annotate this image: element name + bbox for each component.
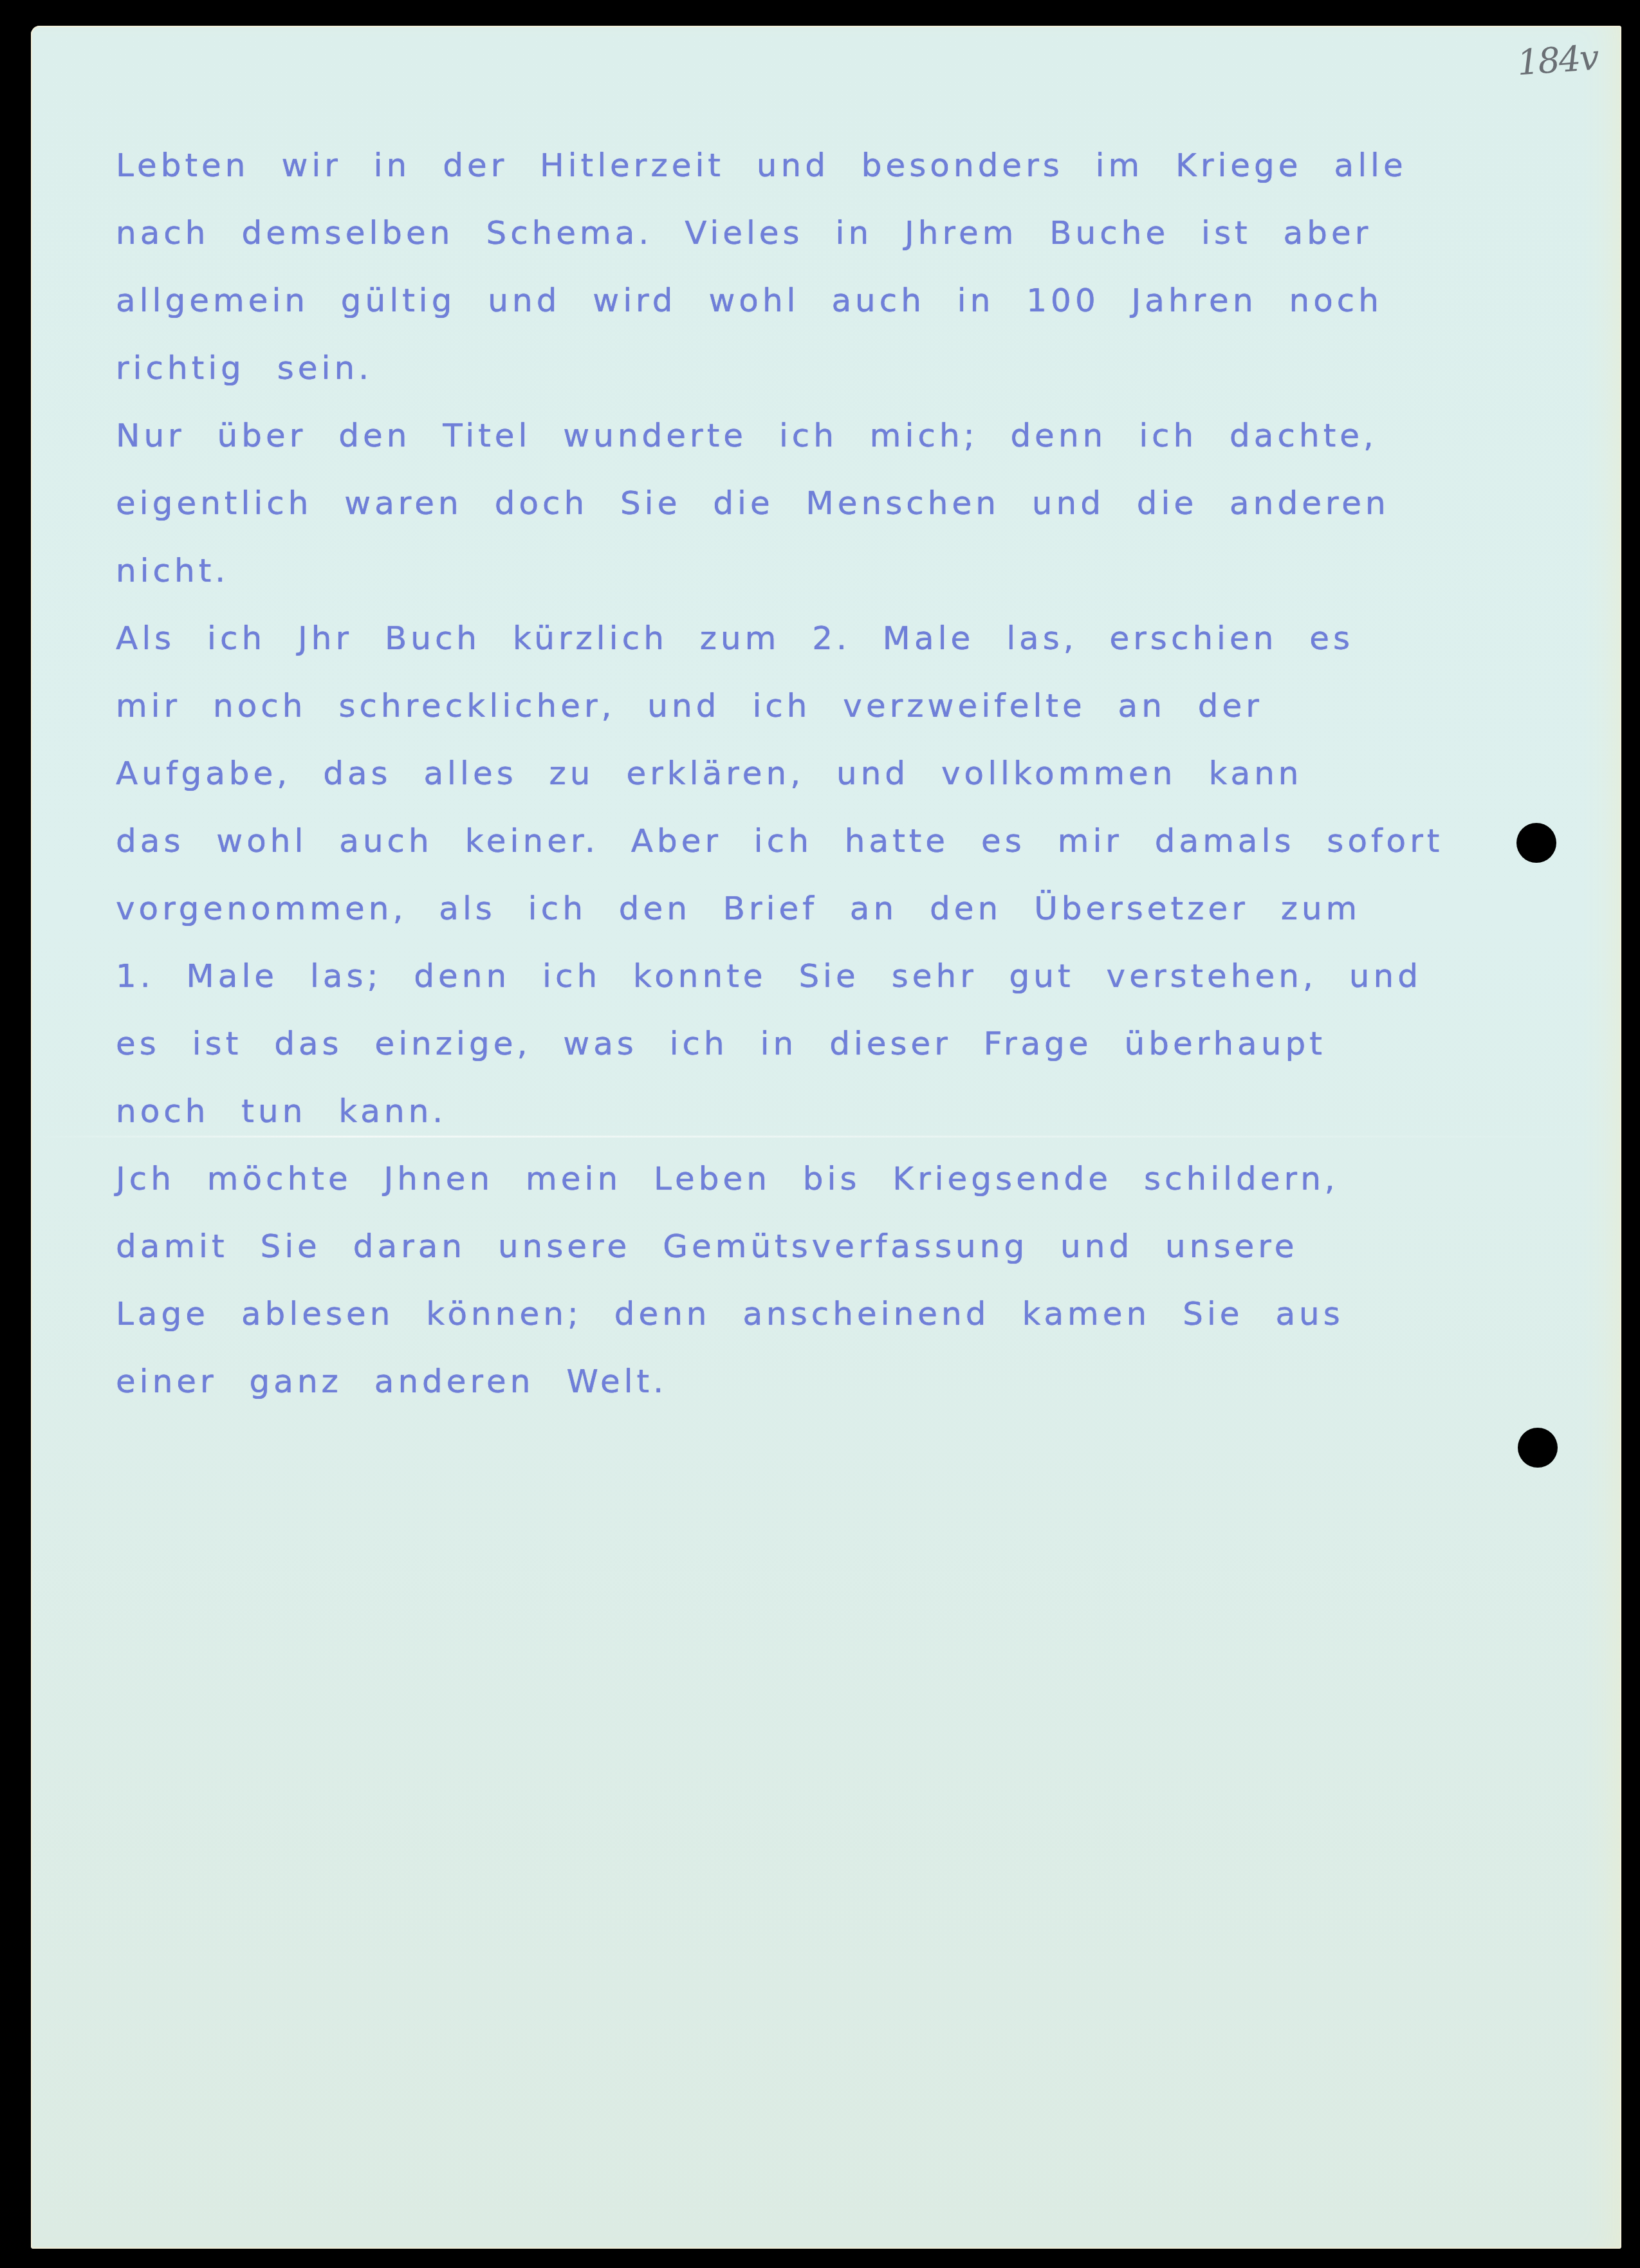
letter-line: Als ich Jhr Buch kürzlich zum 2. Male la… [116,605,1570,672]
letter-line: nach demselben Schema. Vieles in Jhrem B… [116,199,1570,267]
letter-line: eigentlich waren doch Sie die Menschen u… [116,470,1570,537]
archive-page-number: 184v [1516,37,1599,84]
letter-line: richtig sein. [116,335,1570,402]
letter-line: damit Sie daran unsere Gemütsverfassung … [116,1213,1570,1280]
letter-line: mir noch schrecklicher, und ich verzweif… [116,672,1570,740]
letter-line: Lebten wir in der Hitlerzeit und besonde… [116,132,1570,199]
punch-hole-lower-icon [1518,1428,1558,1468]
letter-line: nicht. [116,537,1570,605]
letter-line: einer ganz anderen Welt. [116,1348,1570,1415]
letter-line: Aufgabe, das alles zu erklären, und voll… [116,740,1570,807]
letter-line: noch tun kann. [116,1078,1570,1145]
letter-line: Lage ablesen können; denn anscheinend ka… [116,1280,1570,1348]
letter-line: 1. Male las; denn ich konnte Sie sehr gu… [116,943,1570,1010]
letter-line: das wohl auch keiner. Aber ich hatte es … [116,807,1570,875]
letter-line: vorgenommen, als ich den Brief an den Üb… [116,875,1570,943]
handwritten-letter-body: Lebten wir in der Hitlerzeit und besonde… [116,132,1570,1415]
letter-line: es ist das einzige, was ich in dieser Fr… [116,1010,1570,1078]
letter-line: Jch möchte Jhnen mein Leben bis Kriegsen… [116,1145,1570,1213]
letter-line: Nur über den Titel wunderte ich mich; de… [116,402,1570,470]
letter-line: allgemein gültig und wird wohl auch in 1… [116,267,1570,335]
